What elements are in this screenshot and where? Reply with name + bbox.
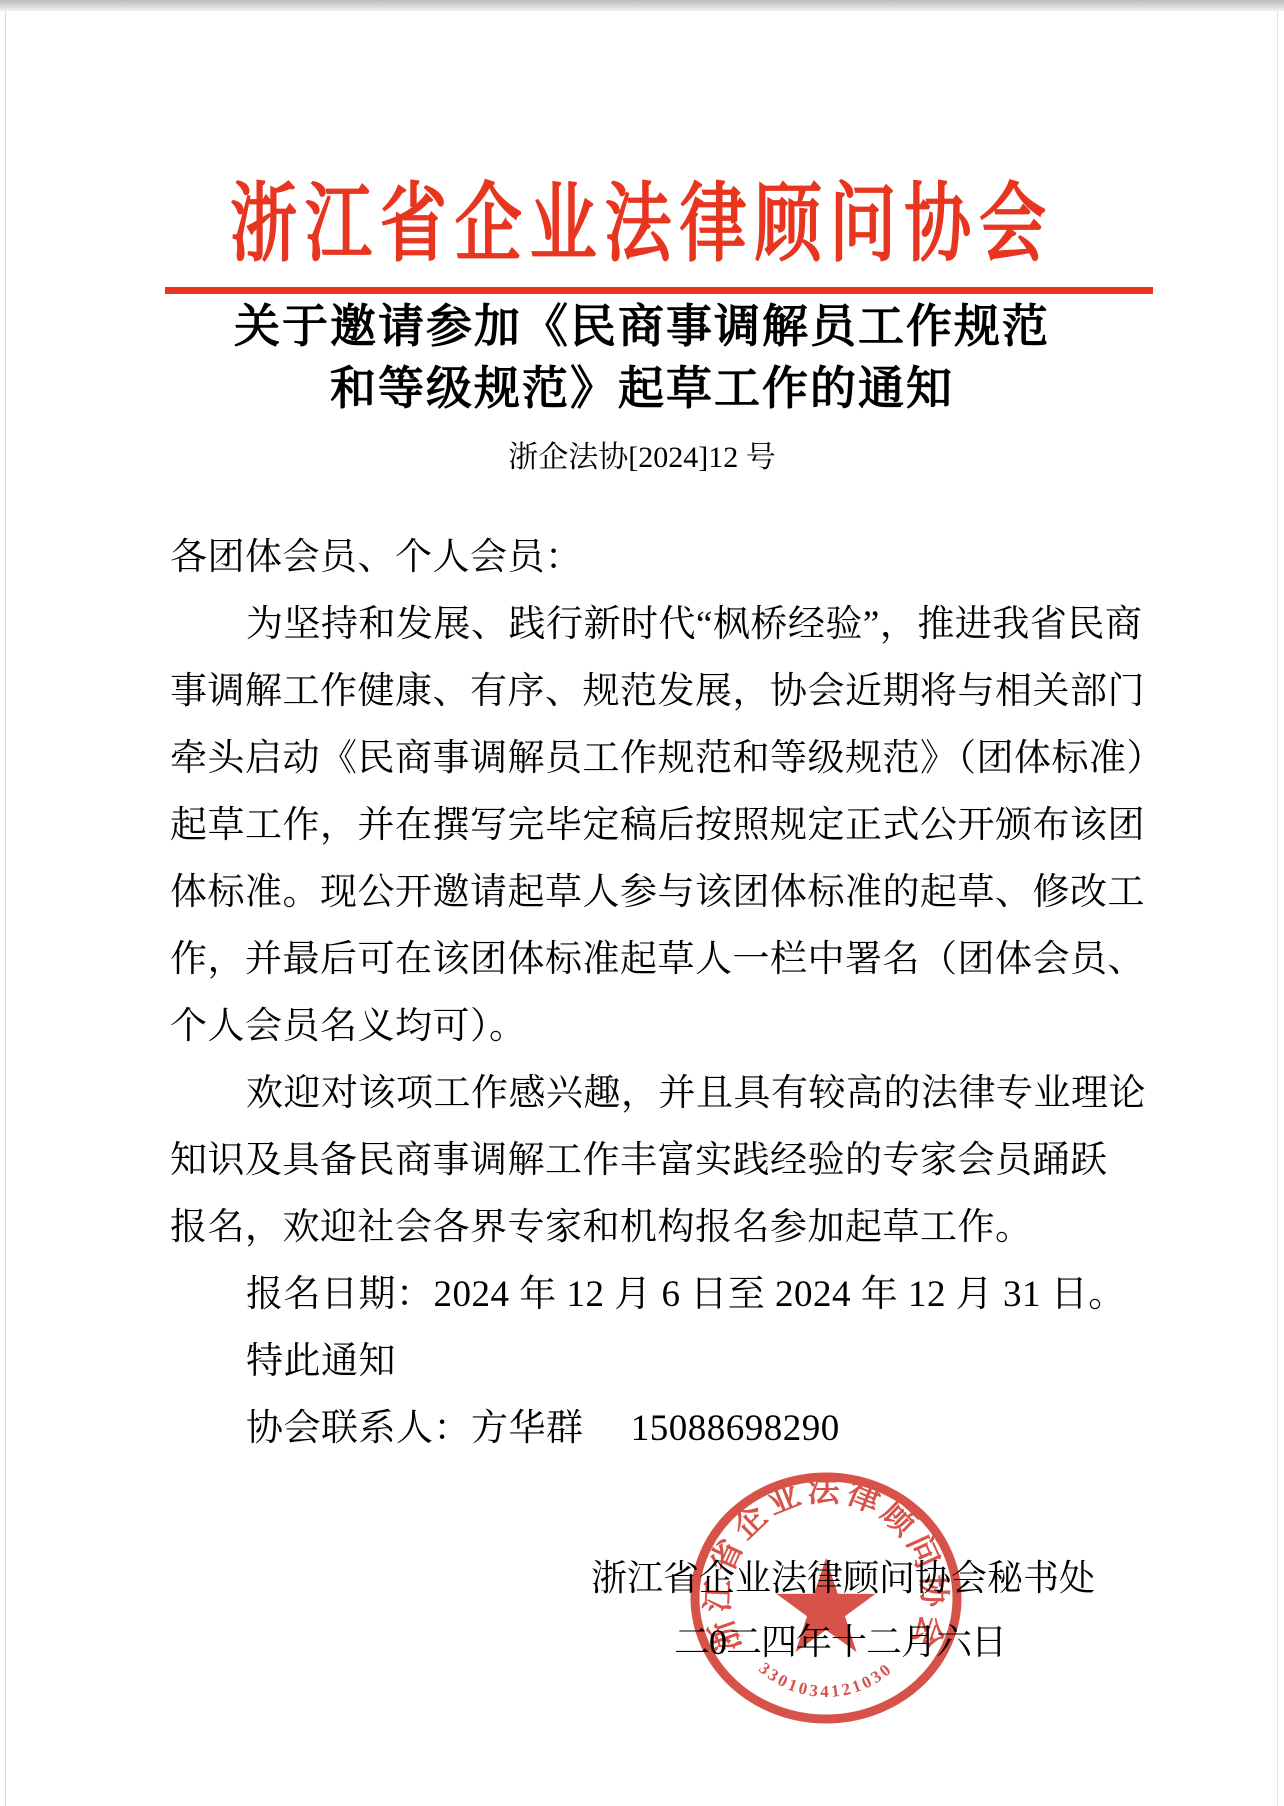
- page-top-edge: [0, 0, 1284, 11]
- signature-date: 二0二四年十二月六日: [674, 1621, 1006, 1663]
- document-title: 关于邀请参加《民商事调解员工作规范和等级规范》起草工作的通知: [0, 296, 1284, 420]
- page-left-edge: [5, 11, 6, 1806]
- signature-org: 浙江省企业法律顾问协会秘书处: [591, 1557, 1095, 1599]
- letterhead-divider-line: [165, 287, 1153, 294]
- body-line: 作，并最后可在该团体标准起草人一栏中署名（团体会员、: [170, 926, 1130, 993]
- body-line-text: 报名日期：2024 年 12 月 6 日至 2024 年 12 月 31 日。: [246, 1274, 1126, 1315]
- body-line: 协会联系人：方华群 15088698290: [170, 1395, 1130, 1462]
- org-letterhead-text: 浙江省企业法律顾问协会: [230, 178, 1054, 270]
- body-line: 事调解工作健康、有序、规范发展，协会近期将与相关部门: [170, 658, 1130, 725]
- body-line-text: 协会联系人：方华群 15088698290: [246, 1408, 840, 1449]
- body-line: 报名，欢迎社会各界专家和机构报名参加起草工作。: [170, 1194, 1130, 1261]
- body-line-text: 特此通知: [246, 1341, 396, 1382]
- body-line: 各团体会员、个人会员：: [170, 524, 1130, 591]
- seal-code-text: 3301034121030: [755, 1659, 896, 1701]
- document-title-line: 和等级规范》起草工作的通知: [0, 358, 1284, 420]
- body-line-text: 起草工作，并在撰写完毕定稿后按照规定正式公开颁布该团: [170, 805, 1145, 846]
- page-right-edge: [1277, 11, 1278, 1806]
- body-line: 欢迎对该项工作感兴趣，并且具有较高的法律专业理论: [170, 1060, 1130, 1127]
- body-line-text: 事调解工作健康、有序、规范发展，协会近期将与相关部门: [170, 671, 1145, 712]
- body-line-text: 个人会员名义均可）。: [170, 1006, 527, 1047]
- body-line: 体标准。现公开邀请起草人参与该团体标准的起草、修改工: [170, 859, 1130, 926]
- body-line-text: 作，并最后可在该团体标准起草人一栏中署名（团体会员、: [170, 939, 1145, 980]
- document-number: 浙企法协[2024]12 号: [0, 432, 1284, 476]
- body-line-text: 牵头启动《民商事调解员工作规范和等级规范》（团体标准）: [170, 738, 1164, 779]
- body-line: 特此通知: [170, 1328, 1130, 1395]
- body-line: 为坚持和发展、践行新时代“枫桥经验”，推进我省民商: [170, 591, 1130, 658]
- body-line-text: 欢迎对该项工作感兴趣，并且具有较高的法律专业理论: [246, 1073, 1146, 1114]
- notice-document-page: 浙江省企业法律顾问协会 关于邀请参加《民商事调解员工作规范和等级规范》起草工作的…: [0, 0, 1284, 1806]
- body-line-text: 为坚持和发展、践行新时代“枫桥经验”，推进我省民商: [246, 604, 1142, 645]
- body-line-text: 报名，欢迎社会各界专家和机构报名参加起草工作。: [170, 1207, 1033, 1248]
- body-line: 起草工作，并在撰写完毕定稿后按照规定正式公开颁布该团: [170, 792, 1130, 859]
- body-line: 牵头启动《民商事调解员工作规范和等级规范》（团体标准）: [170, 725, 1130, 792]
- document-body: 各团体会员、个人会员： 为坚持和发展、践行新时代“枫桥经验”，推进我省民商 事调…: [170, 524, 1130, 1462]
- org-letterhead-title: 浙江省企业法律顾问协会: [0, 178, 1284, 270]
- body-line-text: 各团体会员、个人会员：: [170, 537, 583, 578]
- document-title-line: 关于邀请参加《民商事调解员工作规范: [0, 296, 1284, 358]
- body-line-text: 体标准。现公开邀请起草人参与该团体标准的起草、修改工: [170, 872, 1145, 913]
- body-line: 个人会员名义均可）。: [170, 993, 1130, 1060]
- body-line: 知识及具备民商事调解工作丰富实践经验的专家会员踊跃: [170, 1127, 1130, 1194]
- body-line-text: 知识及具备民商事调解工作丰富实践经验的专家会员踊跃: [170, 1140, 1108, 1181]
- body-line: 报名日期：2024 年 12 月 6 日至 2024 年 12 月 31 日。: [170, 1261, 1130, 1328]
